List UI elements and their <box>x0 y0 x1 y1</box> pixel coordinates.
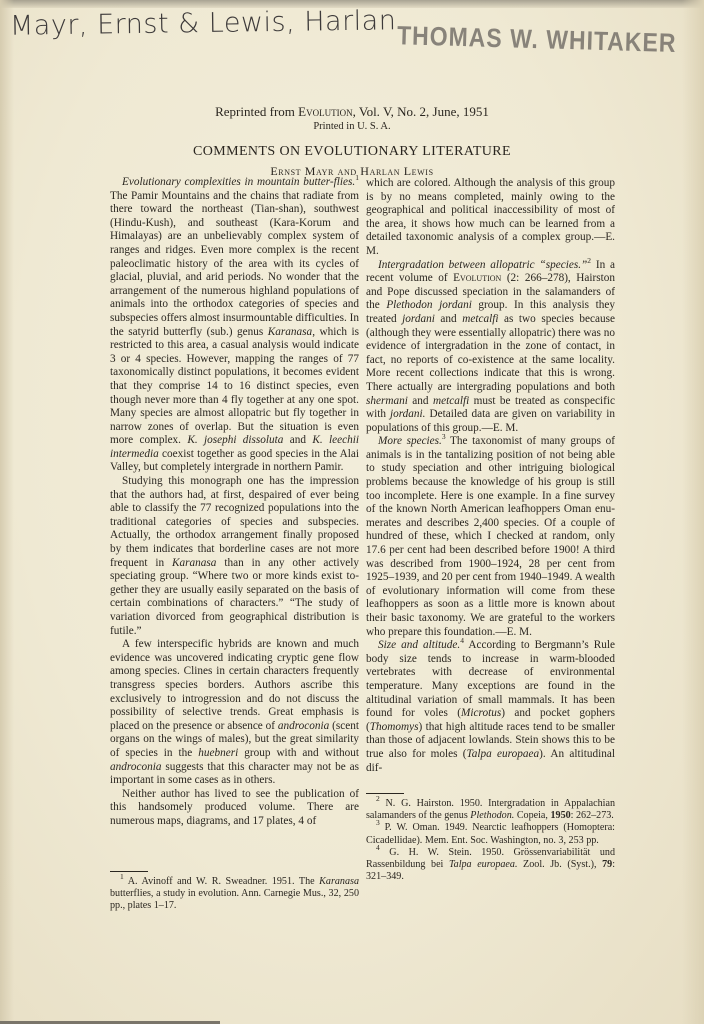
footnote-volume: 79 <box>602 859 612 870</box>
footnote-text: : 262–273. <box>571 810 614 821</box>
genus-name: Thomomys <box>370 721 419 733</box>
paragraph-text: The Pamir Mountains and the chains that … <box>110 190 359 338</box>
paragraph-text: and <box>408 395 433 407</box>
section-mountain-butterflies-p3: A few interspecific hybrids are known an… <box>110 638 359 788</box>
footnote-italic: Plethodon. <box>470 810 514 821</box>
handwritten-note: Mayr, Ernst & Lewis, Harlan <box>10 5 397 41</box>
article-title: COMMENTS ON EVOLUTIONARY LITERATURE <box>0 144 704 160</box>
footnote-text: A. Avinoff and W. R. Sweadner. 1951. The <box>124 876 319 887</box>
species-name: jordani <box>402 313 435 325</box>
genus-name: Microtus <box>461 707 501 719</box>
printed-line: Printed in U. S. A. <box>0 121 704 132</box>
term: androconia <box>278 720 329 732</box>
term: androconia <box>110 761 161 773</box>
journal-name: Evolution <box>298 104 352 119</box>
footnote-3: 3 P. W. Oman. 1949. Nearctic leafhoppers… <box>366 822 615 846</box>
footnote-ref: 1 <box>355 173 359 182</box>
owner-stamp: THOMAS W. WHITAKER <box>397 20 677 59</box>
species-name: metcalfi <box>462 313 498 325</box>
footnote-italic: Talpa europaea. <box>449 859 518 870</box>
taxon-name: K. josephi dissoluta <box>187 434 283 446</box>
footnote-text: Zool. Jb. (Syst.), <box>517 859 602 870</box>
section-size-altitude: Size and altitude.4 According to Bergman… <box>366 639 615 775</box>
scanned-page: Mayr, Ernst & Lewis, Harlan THOMAS W. WH… <box>0 0 704 1024</box>
footnotes-right: 2 N. G. Hairston. 1950. Intergradation i… <box>366 798 615 883</box>
section-mountain-butterflies-p4: Neither author has lived to see the publ… <box>110 788 359 829</box>
paragraph-text: , which is restricted to this area, a ca… <box>110 326 359 447</box>
footnote-volume: 1950 <box>550 810 570 821</box>
footnote-4: 4 G. H. W. Stein. 1950. Grössenvariabili… <box>366 847 615 884</box>
species-name: metcalfi <box>433 395 469 407</box>
footnote-italic: Karanasa <box>319 876 359 887</box>
section-more-species: More species.3 The taxonomist of many gr… <box>366 435 615 639</box>
section-mountain-butterflies-continued: which are colored. Although the analysis… <box>366 177 615 259</box>
genus-name: Karanasa <box>268 326 312 338</box>
paragraph-text: group with and with­out <box>238 747 359 759</box>
term: huebneri <box>198 747 238 759</box>
section-heading: More species. <box>378 435 442 447</box>
section-heading: Evolutionary complexities in mountain bu… <box>122 176 355 188</box>
footnote-text: P. W. Oman. 1949. Nearctic leafhoppers (… <box>366 822 615 845</box>
reprint-line: Reprinted from Evolution, Vol. V, No. 2,… <box>0 104 704 120</box>
species-name: Talpa europaea <box>467 748 540 760</box>
footnote-text: butterflies, a study in evolution. Ann. … <box>110 888 359 911</box>
paragraph-text: and <box>435 313 462 325</box>
reprint-prefix: Reprinted from <box>215 104 298 119</box>
paragraph-text: A few interspecific hybrids are known an… <box>110 638 359 732</box>
footnote-1: 1 A. Avinoff and W. R. Sweadner. 1951. T… <box>110 876 359 913</box>
paragraph-text: Studying this monograph one has the im­p… <box>110 475 359 569</box>
journal-name: Evolution <box>453 272 501 284</box>
paragraph-text: and <box>283 434 312 446</box>
section-mountain-butterflies-p2: Studying this monograph one has the im­p… <box>110 475 359 638</box>
section-mountain-butterflies-p1: Evolutionary complexities in mountain bu… <box>110 176 359 475</box>
taxon-name: Plethodon jordani <box>386 299 472 311</box>
genus-name: Karanasa <box>172 557 216 569</box>
right-column: which are colored. Although the analysis… <box>366 177 615 775</box>
footnote-rule-right <box>366 793 404 794</box>
footnote-rule-left <box>110 871 148 872</box>
left-column: Evolutionary complexities in mountain bu… <box>110 176 359 829</box>
species-name: jordani. <box>390 408 426 420</box>
species-name: shermani <box>366 395 408 407</box>
footnote-text: Copeia, <box>514 810 550 821</box>
section-intergradation: Intergradation between allopatric “speci… <box>366 259 615 436</box>
paragraph-text: The taxonomist of many groups of animals… <box>366 435 615 637</box>
reprint-suffix: , Vol. V, No. 2, June, 1951 <box>353 104 489 119</box>
section-heading: Intergradation between allopatric “speci… <box>378 259 587 271</box>
footnote-2: 2 N. G. Hairston. 1950. Intergradation i… <box>366 798 615 822</box>
footnotes-left: 1 A. Avinoff and W. R. Sweadner. 1951. T… <box>110 876 359 913</box>
section-heading: Size and altitude. <box>378 639 460 651</box>
